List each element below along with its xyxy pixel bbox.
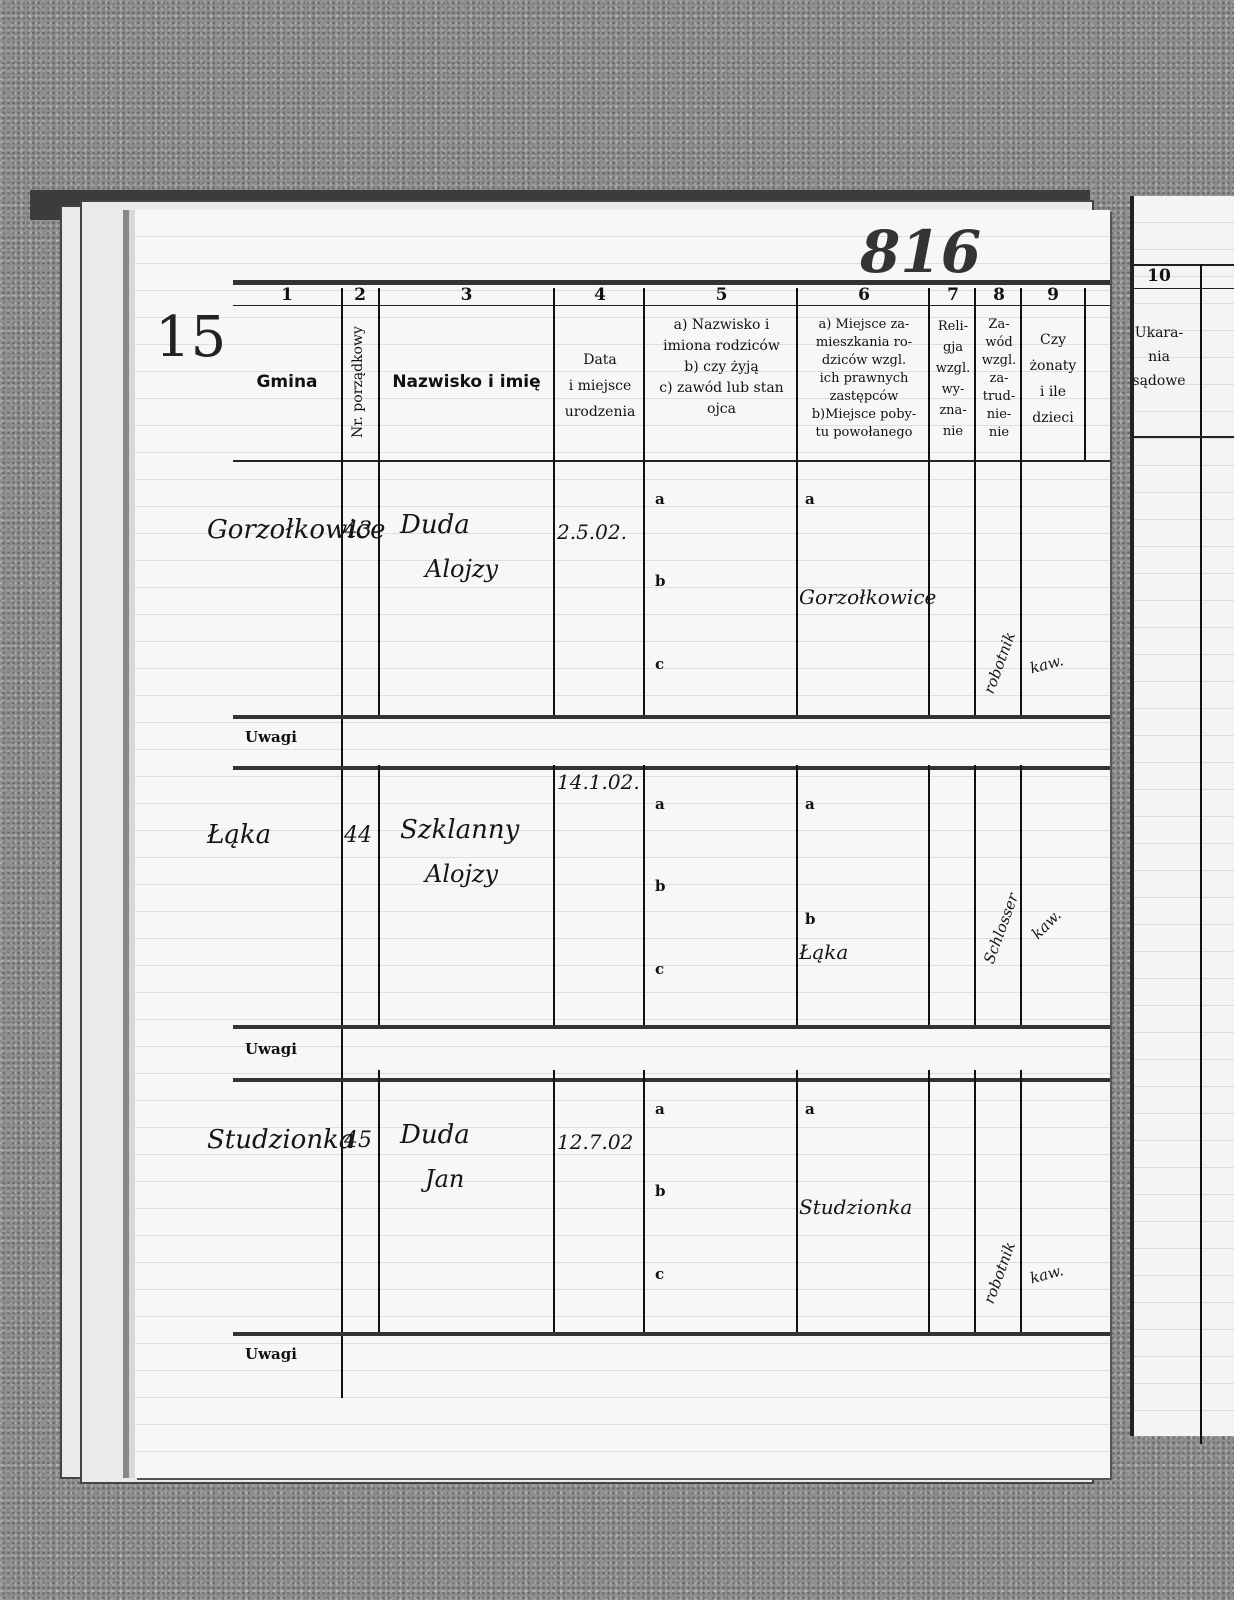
- nr-value: 45: [344, 1128, 372, 1153]
- parents-sub-c: c: [655, 960, 664, 978]
- col-header-gmina: Gmina: [233, 373, 341, 391]
- col-header-religion: Reli-gjawzgl.wy-zna-nie: [930, 316, 976, 442]
- residence-sub-a: a: [805, 795, 815, 813]
- col-header-marital: Czyżonatyi iledzieci: [1022, 327, 1084, 431]
- col-header-residence: a) Miejsce za-mieszkania ro-dziców wzgl.…: [798, 316, 930, 442]
- margin-note: 15: [155, 305, 226, 370]
- gmina-value: Studzionka: [207, 1125, 354, 1155]
- register-page: 816 15 1 2 3 4 5 6 7 8 9 Gmina Nr. porzą…: [135, 210, 1110, 1478]
- parents-sub-c: c: [655, 655, 664, 673]
- parents-sub-a: a: [655, 1100, 665, 1118]
- occupation-value: robotnik: [980, 629, 1019, 696]
- marital-value: kaw.: [1028, 906, 1065, 943]
- birth-date-value: 12.7.02: [557, 1130, 633, 1154]
- parents-sub-a: a: [655, 490, 665, 508]
- col-number-2: 2: [342, 285, 378, 305]
- marital-value: kaw.: [1028, 651, 1065, 677]
- col-header-occupation: Za-wódwzgl.za-trud-nie-nie: [976, 316, 1022, 442]
- surname-value: Duda: [400, 1120, 470, 1150]
- birth-date-value: 2.5.02.: [557, 520, 627, 544]
- col-number-4: 4: [555, 285, 645, 305]
- nr-value: 43: [344, 518, 372, 543]
- gmina-value: Łąka: [207, 820, 271, 850]
- col-header-name: Nazwisko i imię: [380, 373, 553, 391]
- residence-sub-a: a: [805, 490, 815, 508]
- surname-value: Szklanny: [400, 815, 519, 845]
- page-number: 816: [860, 218, 981, 286]
- parents-sub-b: b: [655, 877, 666, 895]
- col-number-7: 7: [930, 285, 976, 305]
- parents-sub-b: b: [655, 572, 666, 590]
- col-number-3: 3: [380, 285, 553, 305]
- remarks-label: Uwagi: [245, 1345, 297, 1363]
- occupation-value: Schlosser: [980, 891, 1022, 966]
- occupation-value: robotnik: [980, 1239, 1019, 1306]
- facing-page: 10 Ukara-niasądowe: [1130, 196, 1234, 1436]
- parents-sub-b: b: [655, 1182, 666, 1200]
- given-name-value: Jan: [425, 1165, 464, 1193]
- given-name-value: Alojzy: [425, 860, 498, 888]
- col-number-8: 8: [976, 285, 1022, 305]
- surname-value: Duda: [400, 510, 470, 540]
- col-number-6: 6: [798, 285, 930, 305]
- parents-sub-c: c: [655, 1265, 664, 1283]
- residence-b-value: Łąka: [799, 940, 848, 964]
- birth-date-value: 14.1.02.: [557, 770, 640, 794]
- residence-b-value: Gorzołkowice: [799, 585, 936, 609]
- residence-sub-b: b: [805, 910, 816, 928]
- col-header-nr: Nr. porządkowy: [349, 310, 367, 455]
- parents-sub-a: a: [655, 795, 665, 813]
- residence-b-value: Studzionka: [799, 1195, 912, 1219]
- remarks-label: Uwagi: [245, 728, 297, 746]
- col-header-parents: a) Nazwisko iimiona rodzicówb) czy żyjąc…: [645, 315, 798, 420]
- marital-value: kaw.: [1028, 1261, 1065, 1287]
- given-name-value: Alojzy: [425, 555, 498, 583]
- remarks-label: Uwagi: [245, 1040, 297, 1058]
- col-number-10: 10: [1134, 266, 1184, 286]
- col-number-9: 9: [1022, 285, 1084, 305]
- nr-value: 44: [344, 823, 372, 848]
- col-header-birth: Datai miejsceurodzenia: [555, 347, 645, 425]
- col-number-5: 5: [645, 285, 798, 305]
- residence-sub-a: a: [805, 1100, 815, 1118]
- col-header-10: Ukara-niasądowe: [1128, 324, 1190, 390]
- col-number-1: 1: [233, 285, 341, 305]
